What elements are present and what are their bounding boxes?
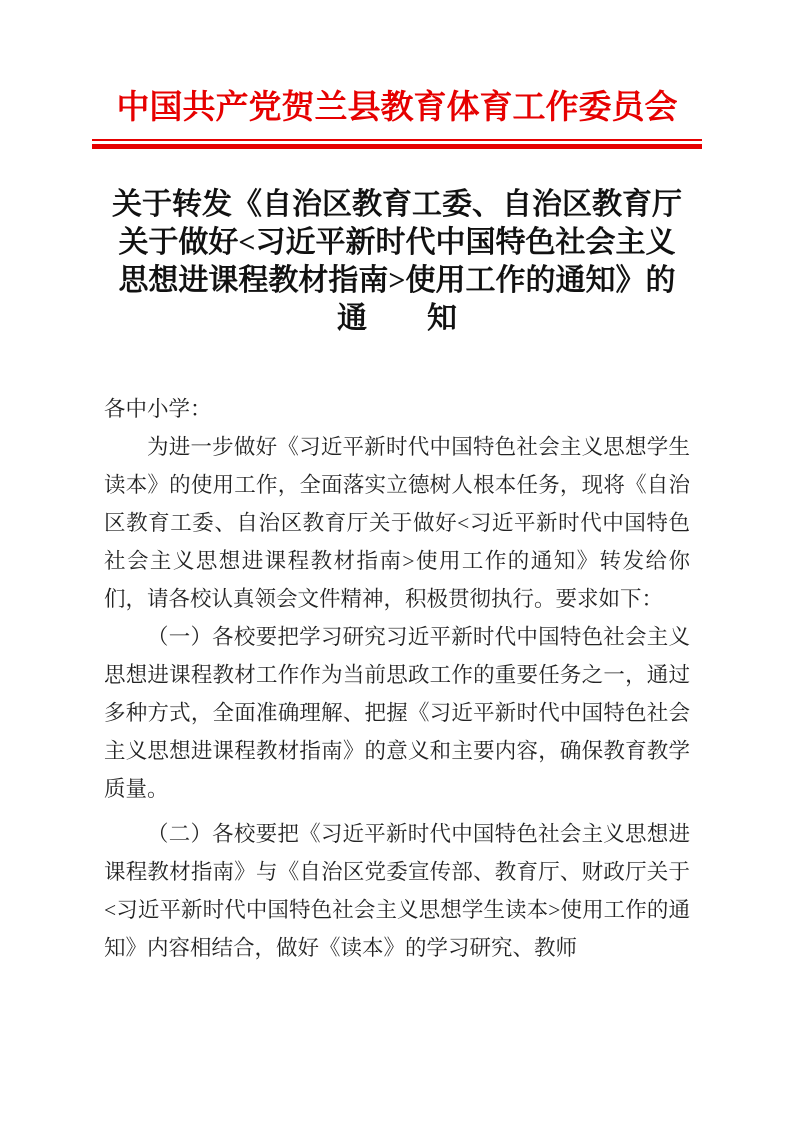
title-line-1: 关于转发《自治区教育工委、自治区教育厅 [60, 186, 734, 224]
salutation: 各中小学： [104, 390, 690, 428]
document-body: 各中小学： 为进一步做好《习近平新时代中国特色社会主义思想学生读本》的使用工作，… [104, 390, 690, 967]
title-line-2: 关于做好<习近平新时代中国特色社会主义 [60, 224, 734, 262]
document-title: 关于转发《自治区教育工委、自治区教育厅 关于做好<习近平新时代中国特色社会主义 … [60, 186, 734, 338]
org-name: 中国共产党贺兰县教育体育工作委员会 [92, 85, 702, 131]
letterhead: 中国共产党贺兰县教育体育工作委员会 [92, 85, 702, 149]
red-divider-rule [92, 139, 702, 149]
title-line-3: 思想进课程教材指南>使用工作的通知》的 [60, 262, 734, 300]
body-paragraph: 为进一步做好《习近平新时代中国特色社会主义思想学生读本》的使用工作，全面落实立德… [104, 428, 690, 618]
document-page: 中国共产党贺兰县教育体育工作委员会 关于转发《自治区教育工委、自治区教育厅 关于… [0, 0, 794, 1123]
body-paragraph: （二）各校要把《习近平新时代中国特色社会主义思想进课程教材指南》与《自治区党委宣… [104, 815, 690, 967]
body-paragraph: （一）各校要把学习研究习近平新时代中国特色社会主义思想进课程教材工作作为当前思政… [104, 618, 690, 808]
title-line-4: 通 知 [60, 300, 734, 338]
